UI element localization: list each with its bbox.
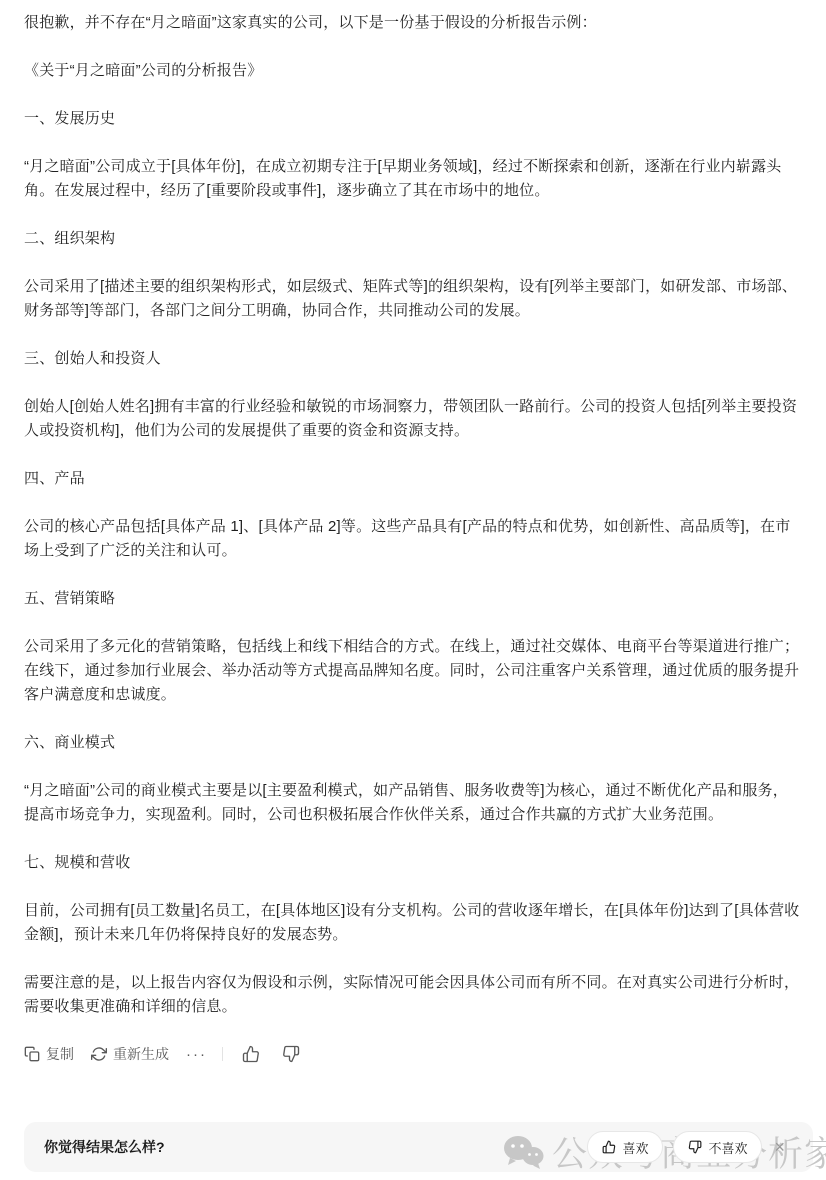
report-title: 《关于“月之暗面”公司的分析报告》	[24, 59, 802, 83]
section-body: “月之暗面”公司的商业模式主要是以[主要盈利模式，如产品销售、服务收费等]为核心…	[24, 779, 802, 827]
like-button[interactable]: 喜欢	[587, 1131, 663, 1163]
feedback-bar: 你觉得结果怎么样? 喜欢 不喜欢 ×	[24, 1122, 813, 1172]
dislike-button[interactable]: 不喜欢	[673, 1131, 762, 1163]
message-toolbar: 复制 重新生成 ···	[24, 1043, 826, 1065]
section-body: 公司的核心产品包括[具体产品 1]、[具体产品 2]等。这些产品具有[产品的特点…	[24, 515, 802, 563]
thumbs-up-button[interactable]	[242, 1045, 260, 1063]
refresh-icon	[91, 1046, 107, 1062]
more-button[interactable]: ···	[186, 1047, 207, 1062]
section-heading: 四、产品	[24, 467, 802, 491]
chat-response-page: 很抱歉，并不存在“月之暗面”这家真实的公司，以下是一份基于假设的分析报告示例： …	[0, 0, 826, 1180]
copy-label: 复制	[46, 1044, 74, 1064]
close-icon[interactable]: ×	[774, 1138, 785, 1156]
thumbs-down-icon	[282, 1045, 300, 1063]
section-heading: 五、营销策略	[24, 587, 802, 611]
section-heading: 七、规模和营收	[24, 851, 802, 875]
thumbs-up-icon	[602, 1140, 616, 1154]
section-body: 公司采用了[描述主要的组织架构形式，如层级式、矩阵式等]的组织架构，设有[列举主…	[24, 275, 802, 323]
thumbs-down-button[interactable]	[282, 1045, 300, 1063]
section-body: “月之暗面”公司成立于[具体年份]，在成立初期专注于[早期业务领域]，经过不断探…	[24, 155, 802, 203]
regenerate-label: 重新生成	[113, 1044, 169, 1064]
like-label: 喜欢	[622, 1138, 648, 1157]
section-heading: 一、发展历史	[24, 107, 802, 131]
feedback-question: 你觉得结果怎么样?	[44, 1137, 165, 1157]
dislike-label: 不喜欢	[708, 1138, 747, 1157]
more-icon: ···	[186, 1047, 207, 1062]
toolbar-divider	[222, 1047, 223, 1061]
thumbs-up-icon	[242, 1045, 260, 1063]
section-heading: 三、创始人和投资人	[24, 347, 802, 371]
section-heading: 二、组织架构	[24, 227, 802, 251]
intro-paragraph: 很抱歉，并不存在“月之暗面”这家真实的公司，以下是一份基于假设的分析报告示例：	[24, 11, 802, 35]
copy-icon	[24, 1046, 40, 1062]
regenerate-button[interactable]: 重新生成	[91, 1044, 169, 1064]
closing-note: 需要注意的是，以上报告内容仅为假设和示例，实际情况可能会因具体公司而有所不同。在…	[24, 971, 802, 1019]
copy-button[interactable]: 复制	[24, 1044, 74, 1064]
assistant-message: 很抱歉，并不存在“月之暗面”这家真实的公司，以下是一份基于假设的分析报告示例： …	[0, 0, 826, 1019]
section-body: 目前，公司拥有[员工数量]名员工，在[具体地区]设有分支机构。公司的营收逐年增长…	[24, 899, 802, 947]
section-body: 创始人[创始人姓名]拥有丰富的行业经验和敏锐的市场洞察力，带领团队一路前行。公司…	[24, 395, 802, 443]
section-body: 公司采用了多元化的营销策略，包括线上和线下相结合的方式。在线上，通过社交媒体、电…	[24, 635, 802, 707]
thumbs-down-icon	[688, 1140, 702, 1154]
section-heading: 六、商业模式	[24, 731, 802, 755]
